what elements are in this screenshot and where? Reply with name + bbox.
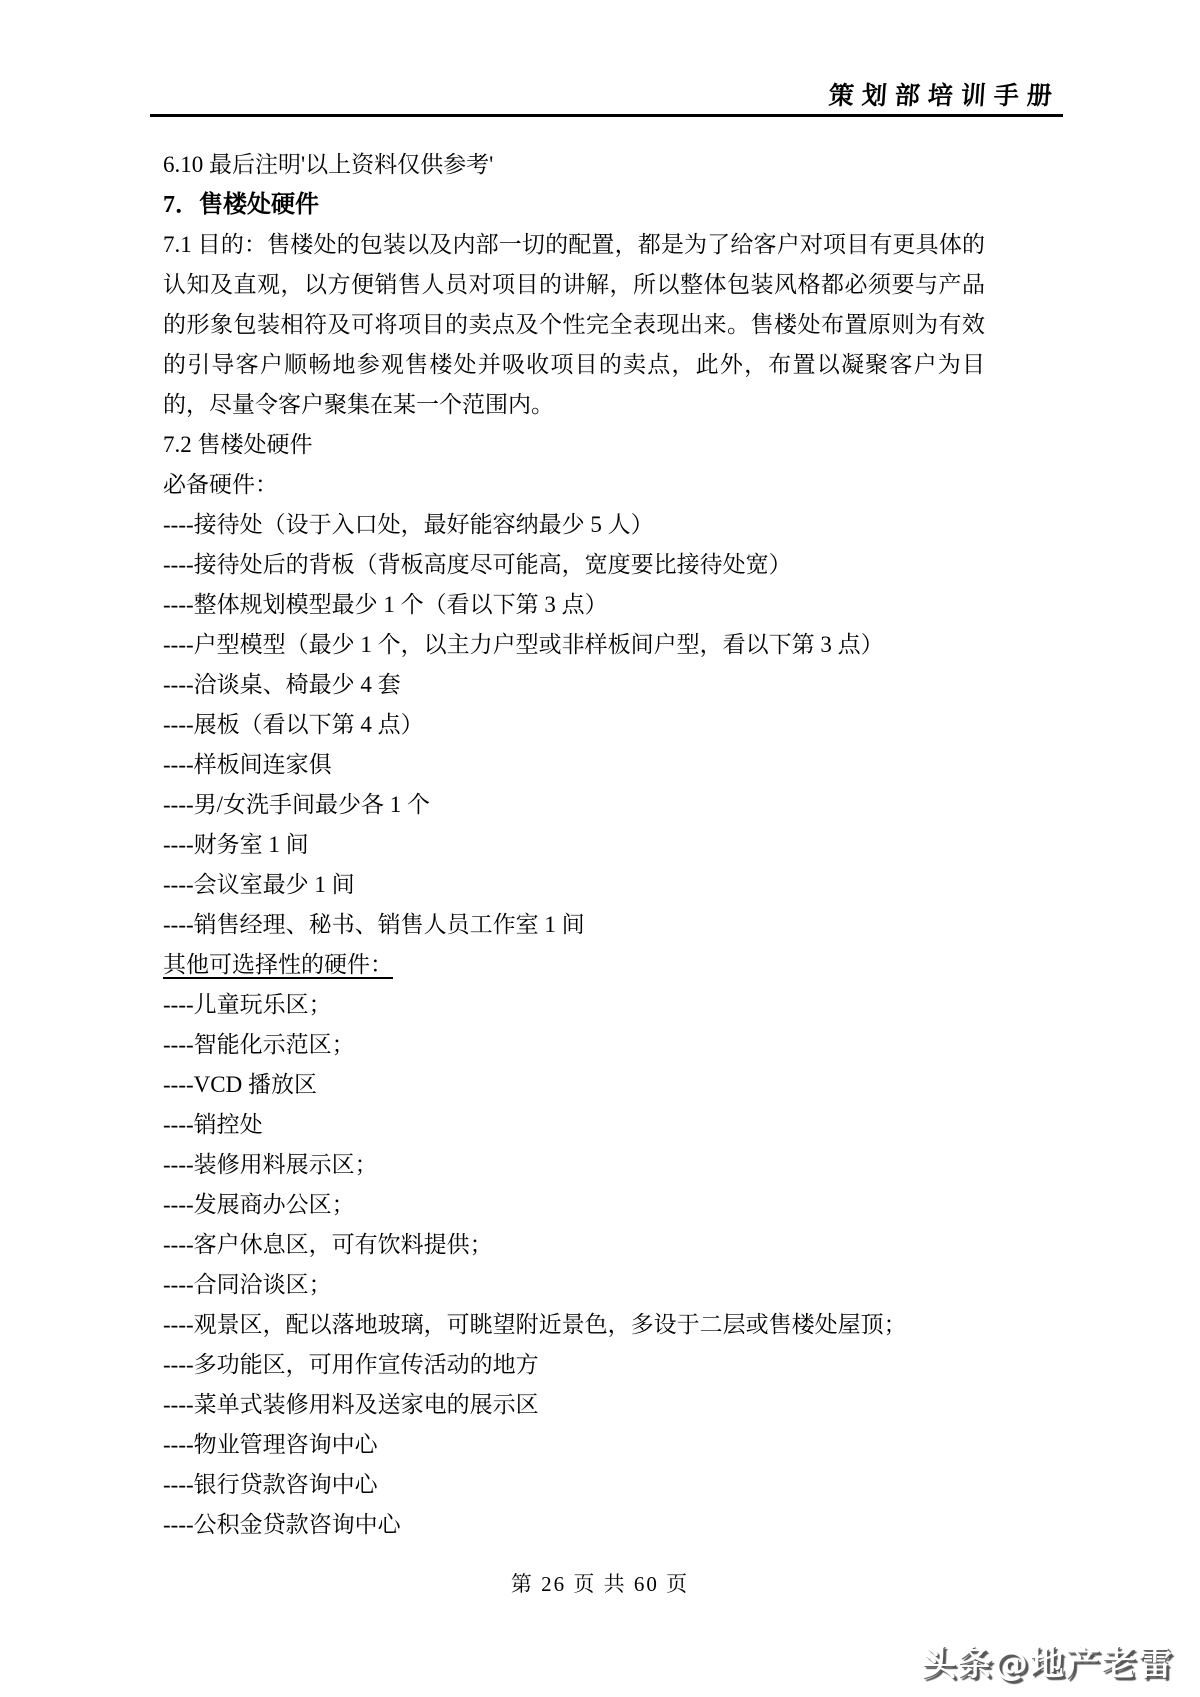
list-item: ----样板间连家俱 bbox=[163, 745, 985, 785]
optional-hardware-label: 其他可选择性的硬件： bbox=[163, 952, 393, 977]
paragraph-71: 7.1 目的：售楼处的包装以及内部一切的配置，都是为了给客户对项目有更具体的认知… bbox=[163, 225, 985, 425]
subsection-heading-72: 7.2 售楼处硬件 bbox=[163, 425, 985, 465]
note-line-610: 6.10 最后注明'以上资料仅供参考' bbox=[163, 145, 985, 185]
list-item: ----合同洽谈区； bbox=[163, 1265, 985, 1305]
list-item: ----客户休息区，可有饮料提供； bbox=[163, 1225, 985, 1265]
list-item: ----观景区，配以落地玻璃，可眺望附近景色，多设于二层或售楼处屋顶； bbox=[163, 1305, 985, 1345]
list-item: ----物业管理咨询中心 bbox=[163, 1425, 985, 1465]
page-number-footer: 第 26 页 共 60 页 bbox=[0, 1568, 1200, 1598]
list-item: ----VCD 播放区 bbox=[163, 1065, 985, 1105]
header-title: 策划部培训手册 bbox=[828, 76, 1062, 112]
list-item: ----男/女洗手间最少各 1 个 bbox=[163, 785, 985, 825]
list-item: ----智能化示范区； bbox=[163, 1025, 985, 1065]
list-item: ----整体规划模型最少 1 个（看以下第 3 点） bbox=[163, 585, 985, 625]
optional-hardware-label-line: 其他可选择性的硬件： bbox=[163, 945, 985, 985]
list-item: ----洽谈桌、椅最少 4 套 bbox=[163, 665, 985, 705]
section-heading-7: 7．售楼处硬件 bbox=[163, 185, 985, 225]
list-item: ----会议室最少 1 间 bbox=[163, 865, 985, 905]
required-hardware-list: ----接待处（设于入口处，最好能容纳最少 5 人）----接待处后的背板（背板… bbox=[163, 505, 985, 945]
list-item: ----公积金贷款咨询中心 bbox=[163, 1505, 985, 1545]
header-rule bbox=[150, 114, 1063, 117]
required-hardware-label: 必备硬件： bbox=[163, 465, 985, 505]
list-item: ----儿童玩乐区； bbox=[163, 985, 985, 1025]
list-item: ----银行贷款咨询中心 bbox=[163, 1465, 985, 1505]
list-item: ----户型模型（最少 1 个，以主力户型或非样板间户型，看以下第 3 点） bbox=[163, 625, 985, 665]
list-item: ----装修用料展示区； bbox=[163, 1145, 985, 1185]
list-item: ----发展商办公区； bbox=[163, 1185, 985, 1225]
list-item: ----展板（看以下第 4 点） bbox=[163, 705, 985, 745]
document-page: 策划部培训手册 6.10 最后注明'以上资料仅供参考' 7．售楼处硬件 7.1 … bbox=[0, 0, 1200, 1697]
list-item: ----接待处（设于入口处，最好能容纳最少 5 人） bbox=[163, 505, 985, 545]
optional-hardware-list: ----儿童玩乐区；----智能化示范区；----VCD 播放区----销控处-… bbox=[163, 985, 985, 1545]
list-item: ----销控处 bbox=[163, 1105, 985, 1145]
list-item: ----多功能区，可用作宣传活动的地方 bbox=[163, 1345, 985, 1385]
document-body: 6.10 最后注明'以上资料仅供参考' 7．售楼处硬件 7.1 目的：售楼处的包… bbox=[163, 145, 985, 1545]
list-item: ----销售经理、秘书、销售人员工作室 1 间 bbox=[163, 905, 985, 945]
list-item: ----菜单式装修用料及送家电的展示区 bbox=[163, 1385, 985, 1425]
watermark-text: 头条@地产老雷 bbox=[922, 1636, 1174, 1685]
list-item: ----财务室 1 间 bbox=[163, 825, 985, 865]
list-item: ----接待处后的背板（背板高度尽可能高，宽度要比接待处宽） bbox=[163, 545, 985, 585]
